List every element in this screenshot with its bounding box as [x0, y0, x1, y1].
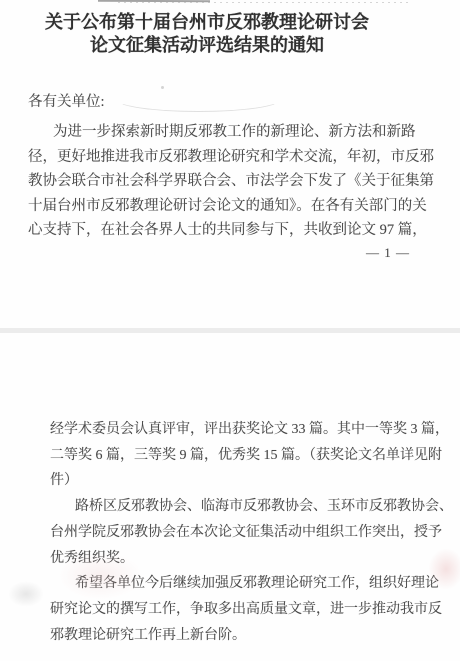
scan-artifact-dot: [161, 86, 164, 89]
body-line: 心支持下，在社会各界人士的共同参与下，共收到论文 97 篇，: [28, 218, 434, 243]
body-line: 为进一步探索新时期反邪教工作的新理论、新方法和新路: [28, 120, 434, 145]
scan-artifact-gray-smudge: [8, 581, 44, 607]
page2-paragraphs: 经学术委员会认真评审，评出获奖论文 33 篇。其中一等奖 3 篇， 二等奖 6 …: [50, 417, 453, 648]
document-title-line-2: 论文征集活动评选结果的通知: [0, 34, 414, 57]
scan-fragment-divider: [0, 328, 460, 333]
page1-paragraph: 为进一步探索新时期反邪教工作的新理论、新方法和新路 径，更好地推进我市反邪教理论…: [28, 120, 434, 243]
document-title: 关于公布第十届台州市反邪教理论研讨会 论文征集活动评选结果的通知: [0, 11, 414, 57]
salutation: 各有关单位:: [28, 94, 105, 111]
body-line: 教协会联合市社会科学界联合会、市法学会下发了《关于征集第: [28, 169, 434, 194]
body-line: 研究论文的撰写工作，争取多出高质量文章，进一步推动我市反: [50, 597, 453, 623]
scanned-document-page: 关于公布第十届台州市反邪教理论研讨会 论文征集活动评选结果的通知 各有关单位: …: [0, 0, 460, 661]
body-line: 件）: [50, 468, 453, 494]
body-line: 邪教理论研究工作再上新台阶。: [50, 623, 453, 649]
document-title-line-1: 关于公布第十届台州市反邪教理论研讨会: [0, 11, 414, 34]
page-number: — 1 —: [366, 245, 410, 261]
body-line: 二等奖 6 篇，三等奖 9 篇，优秀奖 15 篇。（获奖论文名单详见附: [50, 443, 453, 469]
body-line: 优秀组织奖。: [50, 546, 453, 572]
body-line: 台州学院反邪教协会在本次论文征集活动中组织工作突出，授予: [50, 520, 453, 546]
body-line: 希望各单位今后继续加强反邪教理论研究工作，组织好理论: [50, 571, 453, 597]
body-line: 径，更好地推进我市反邪教理论研究和学术交流，年初，市反邪: [28, 145, 434, 170]
body-line: 十届台州市反邪教理论研讨会论文的通知》。在各有关部门的关: [28, 194, 434, 219]
body-line: 经学术委员会认真评审，评出获奖论文 33 篇。其中一等奖 3 篇，: [50, 417, 453, 443]
scan-artifact-top-dotted-line: [118, 2, 408, 3]
scan-artifact-arc: [115, 86, 282, 112]
scan-artifact-top-bar: [98, 0, 210, 2]
body-line: 路桥区反邪教协会、临海市反邪教协会、玉环市反邪教协会、: [50, 494, 453, 520]
